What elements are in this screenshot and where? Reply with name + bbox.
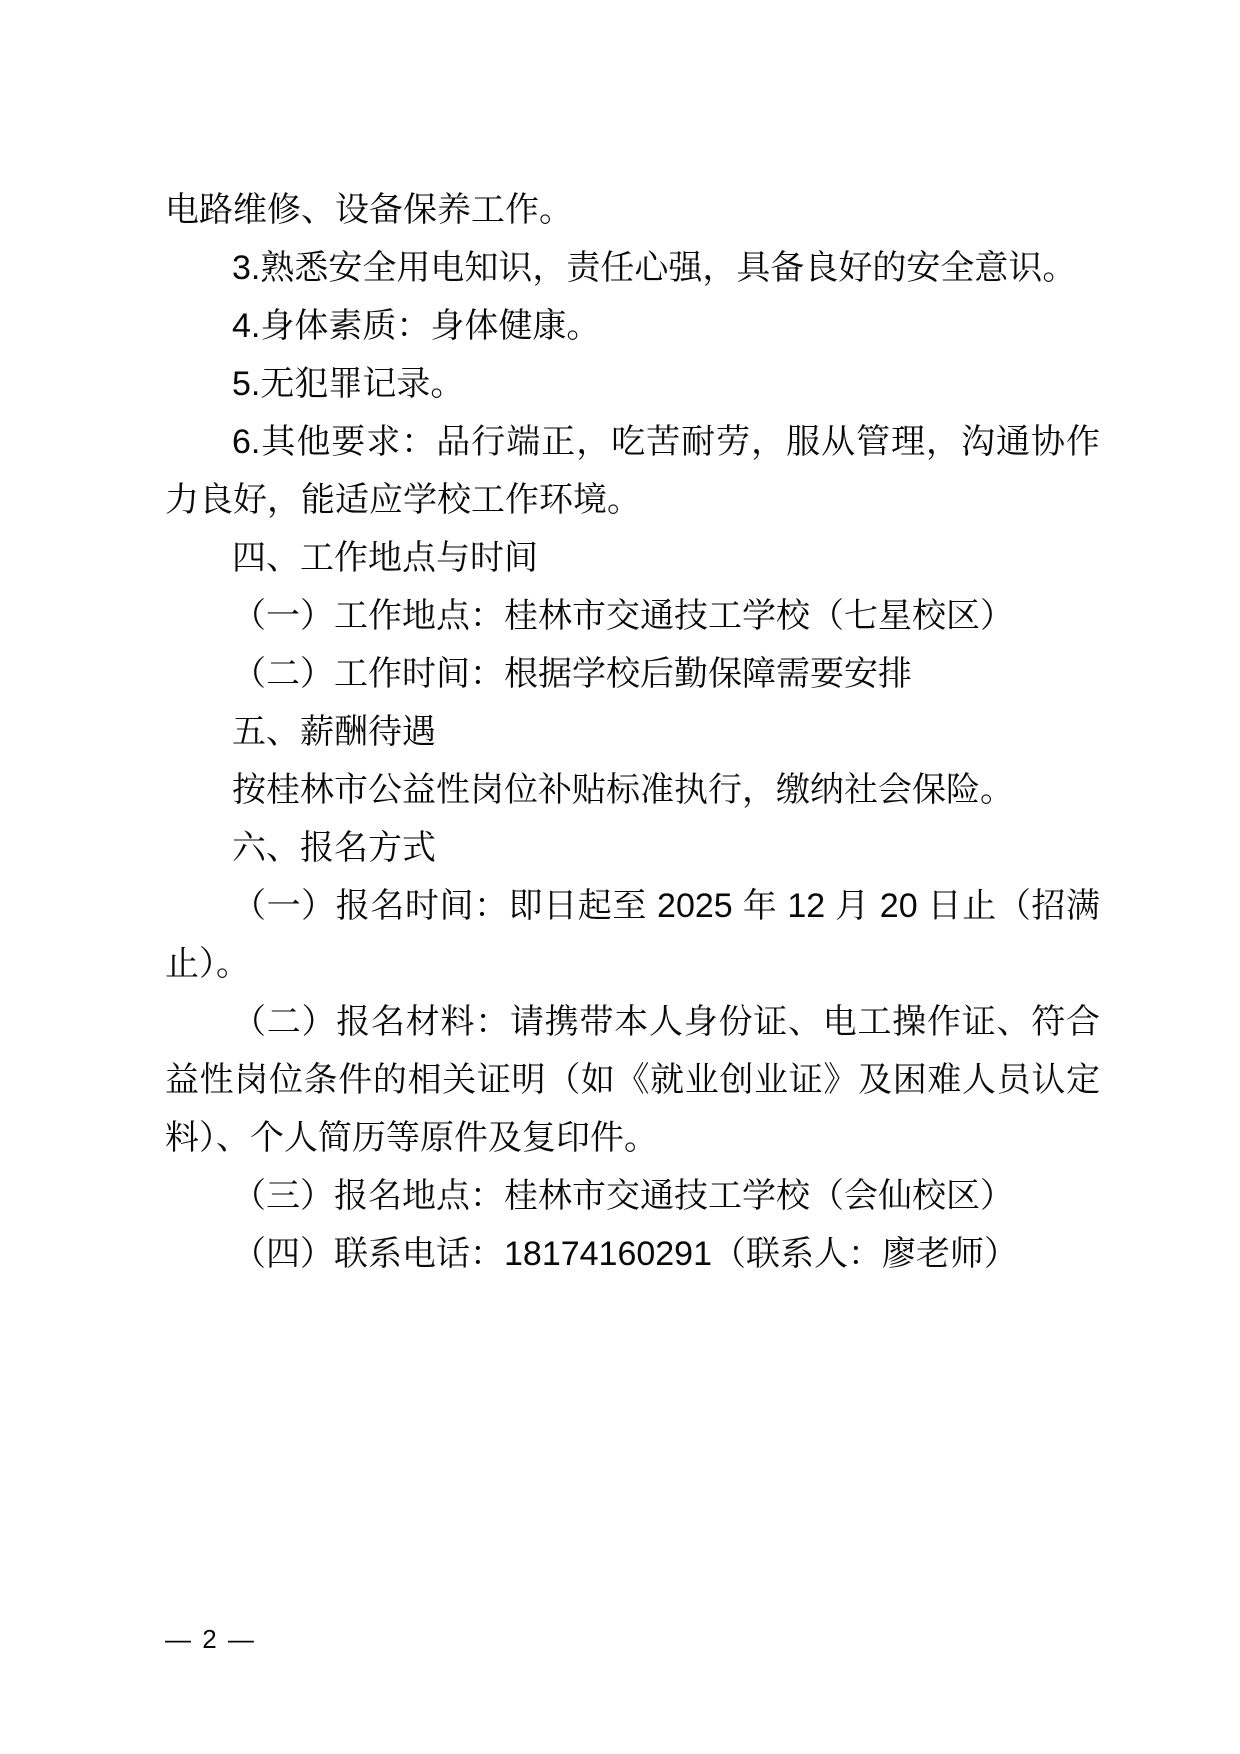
body-line: 电路维修、设备保养工作。	[165, 181, 1100, 239]
body-line: 3.熟悉安全用电知识，责任心强，具备良好的安全意识。	[165, 239, 1100, 297]
page-number: — 2 —	[165, 1622, 256, 1656]
body-line: （三）报名地点：桂林市交通技工学校（会仙校区）	[165, 1167, 1100, 1225]
body-line: 五、薪酬待遇	[165, 703, 1100, 761]
document-page: 电路维修、设备保养工作。3.熟悉安全用电知识，责任心强，具备良好的安全意识。4.…	[0, 0, 1240, 1754]
body-line: 四、工作地点与时间	[165, 529, 1100, 587]
body-line: 4.身体素质：身体健康。	[165, 297, 1100, 355]
body-line: 5.无犯罪记录。	[165, 355, 1100, 413]
body-line: （四）联系电话：18174160291（联系人：廖老师）	[165, 1225, 1100, 1283]
body-line: 6.其他要求：品行端正，吃苦耐劳，服从管理，沟通协作能	[165, 413, 1100, 471]
body-line: 料）、个人简历等原件及复印件。	[165, 1109, 1100, 1167]
body-line: （二）报名材料：请携带本人身份证、电工操作证、符合公	[165, 993, 1100, 1051]
body-lines: 电路维修、设备保养工作。3.熟悉安全用电知识，责任心强，具备良好的安全意识。4.…	[165, 181, 1100, 1283]
body-line: 止）。	[165, 935, 1100, 993]
body-line: 力良好，能适应学校工作环境。	[165, 471, 1100, 529]
body-line: （一）工作地点：桂林市交通技工学校（七星校区）	[165, 587, 1100, 645]
body-line: 益性岗位条件的相关证明（如《就业创业证》及困难人员认定材	[165, 1051, 1100, 1109]
body-line: 按桂林市公益性岗位补贴标准执行，缴纳社会保险。	[165, 761, 1100, 819]
body-line: 六、报名方式	[165, 819, 1100, 877]
body-line: （二）工作时间：根据学校后勤保障需要安排	[165, 645, 1100, 703]
body-line: （一）报名时间：即日起至 2025 年 12 月 20 日止（招满即	[165, 877, 1100, 935]
